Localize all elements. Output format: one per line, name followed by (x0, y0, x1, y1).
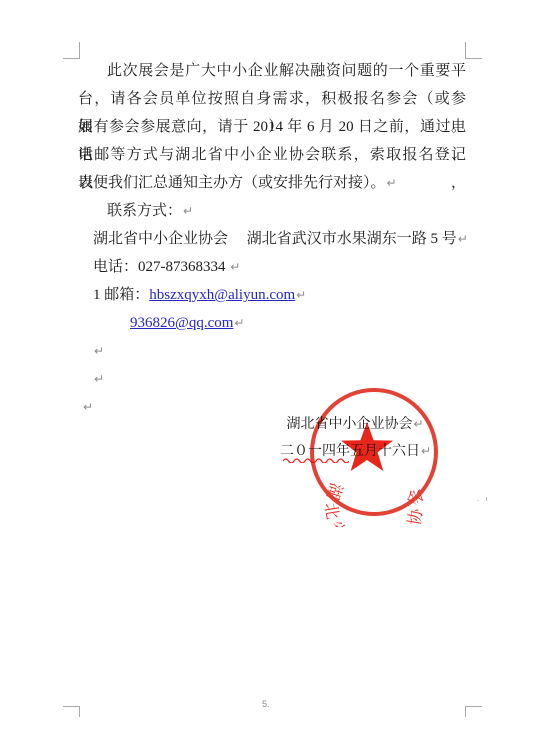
paragraph-line: 台，请各会员单位按照自身需求，积极报名参会（或参展）。 (78, 85, 466, 113)
paragraph-text: 以便我们汇总通知主办方（或安排先行对接）。 (78, 175, 386, 191)
text-boundary-mark-bottom-right (465, 706, 482, 717)
paragraph-line: 电邮等方式与湖北省中小企业协会联系，索取报名登记表， (78, 141, 466, 169)
signature-org-line: 湖北省中小企业协会↵ (280, 411, 430, 438)
document-body: 此次展会是广大中小企业解决融资问题的一个重要平 台，请各会员单位按照自身需求，积… (78, 57, 466, 421)
paragraph-mark-icon: ↵ (82, 400, 93, 414)
paragraph-line: 此次展会是广大中小企业解决融资问题的一个重要平 (78, 57, 466, 85)
paragraph-mark-icon: ↵ (386, 176, 397, 190)
text-boundary-mark-top-right (465, 42, 482, 59)
email-link-qq[interactable]: 936826@qq.com (130, 315, 233, 331)
contact-phone: 电话：027-87368334 (93, 259, 229, 275)
contact-org-address-line: 湖北省中小企业协会 湖北省武汉市水果湖东一路 5 号↵ (78, 225, 466, 253)
contact-org-address: 湖北省中小企业协会 湖北省武汉市水果湖东一路 5 号 (93, 231, 457, 247)
seal-arc-text: 湖北省中小企业协会 (321, 481, 427, 527)
paragraph-text: 此次展会是广大中小企业解决融资问题的一个重要平 (107, 63, 466, 79)
paragraph-mark-icon: ↵ (420, 444, 431, 458)
contact-phone-line: 电话：027-87368334 ↵ (78, 253, 466, 281)
email-label: 1 邮箱： (93, 287, 149, 303)
contact-heading: 联系方式： (107, 203, 182, 219)
paragraph-line: 如有参会参展意向，请于 2014 年 6 月 20 日之前，通过电话、 (78, 113, 466, 141)
document-page: 此次展会是广大中小企业解决融资问题的一个重要平 台，请各会员单位按照自身需求，积… (0, 0, 544, 731)
paragraph-mark-icon: ↵ (182, 204, 193, 218)
contact-email2-line: 936826@qq.com↵ (78, 309, 466, 337)
paragraph-mark-icon: ↵ (93, 344, 104, 358)
contact-heading-line: 联系方式：↵ (78, 197, 466, 225)
paragraph-mark-icon: ↵ (412, 417, 423, 431)
paragraph-mark-icon: ↵ (229, 260, 240, 274)
empty-line: ↵ (78, 365, 466, 393)
paragraph-mark-icon: ↵ (93, 372, 104, 386)
spellcheck-squiggle (283, 457, 349, 463)
stray-mark: . ı (477, 495, 489, 503)
paragraph-mark-icon: ↵ (233, 316, 244, 330)
page-number: 5. (262, 699, 270, 709)
paragraph-mark-icon: ↵ (295, 288, 306, 302)
signature-org: 湖北省中小企业协会 (286, 417, 412, 432)
empty-line: ↵ (78, 337, 466, 365)
text-boundary-mark-bottom-left (63, 706, 80, 717)
contact-email-line: 1 邮箱：hbszxqyxh@aliyun.com↵ (78, 281, 466, 309)
paragraph-mark-icon: ↵ (457, 232, 468, 246)
email-link-aliyun[interactable]: hbszxqyxh@aliyun.com (149, 287, 295, 303)
